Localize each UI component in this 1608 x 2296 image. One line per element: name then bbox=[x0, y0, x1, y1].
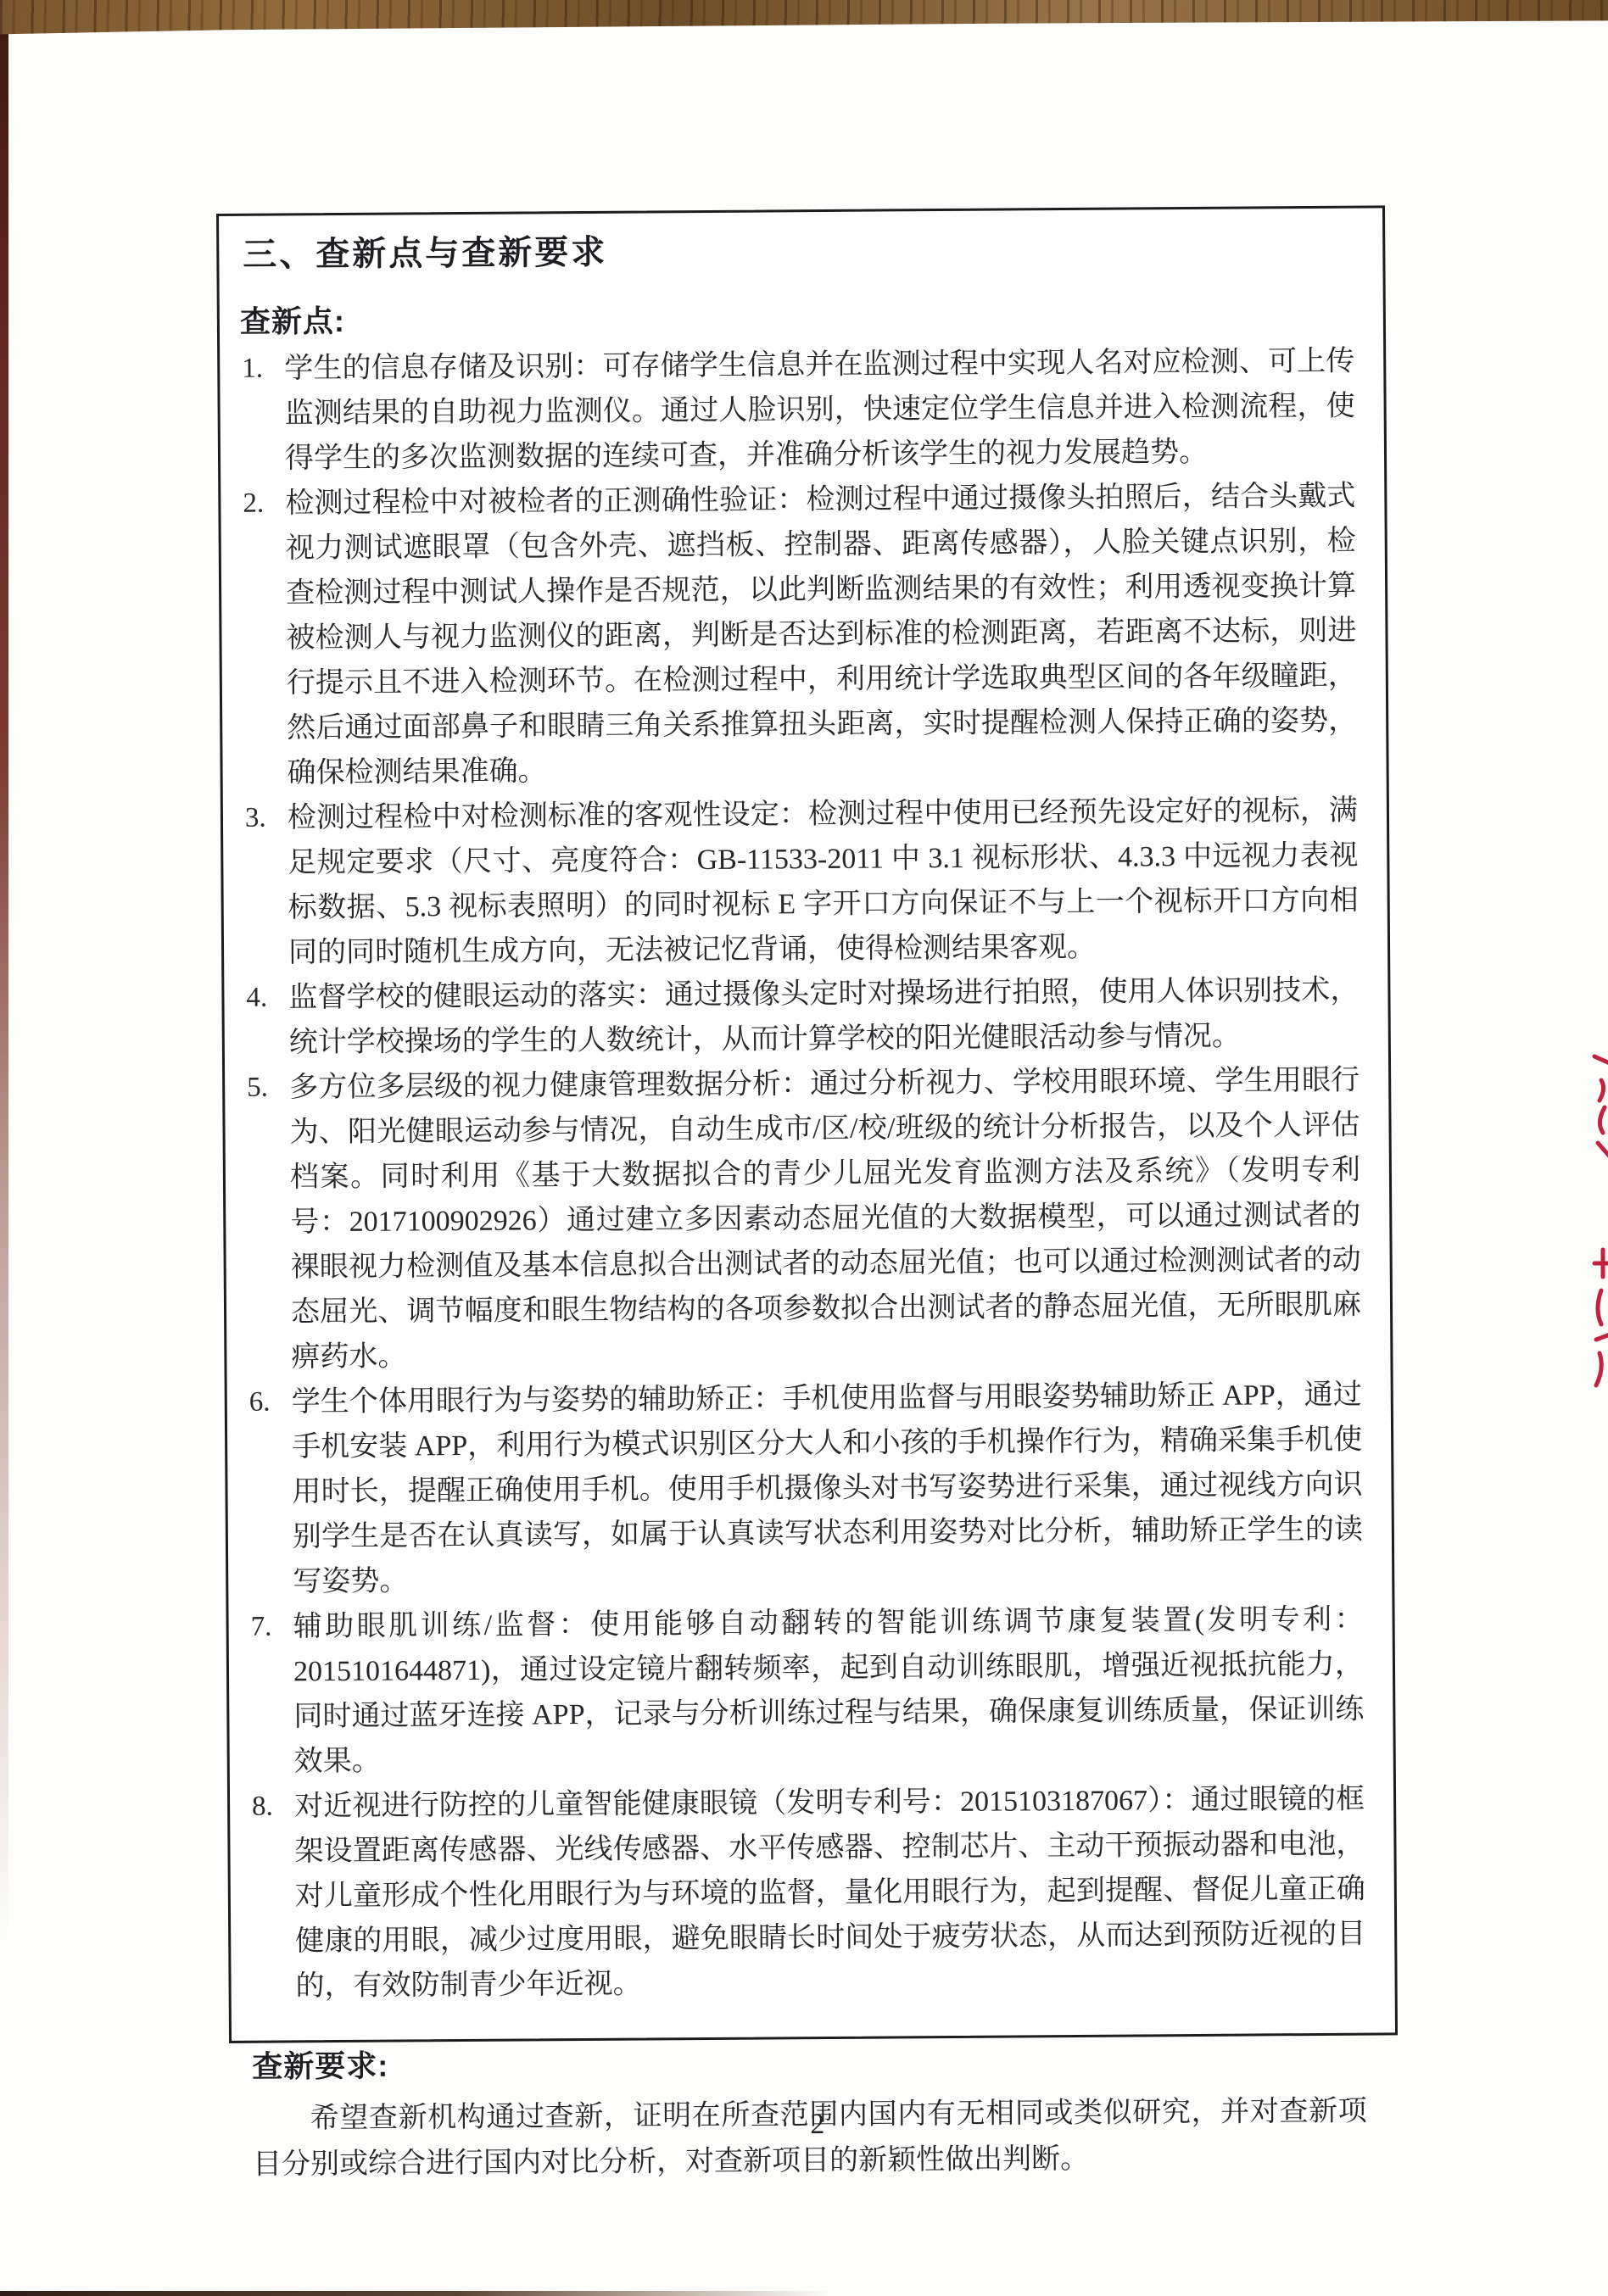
list-item: 7. 辅助眼肌训练/监督：使用能够自动翻转的智能训练调节康复装置(发明专利：20… bbox=[248, 1597, 1364, 1785]
list-item-text: 对近视进行防控的儿童智能健康眼镜（发明专利号：2015103187067）：通过… bbox=[294, 1777, 1366, 2009]
list-item-text: 学生个体用眼行为与姿势的辅助矫正：手机使用监督与用眼姿势辅助矫正 APP，通过手… bbox=[292, 1373, 1364, 1605]
page-number: 2 bbox=[801, 2109, 835, 2141]
list-item-text: 监督学校的健眼运动的落实：通过摄像头定时对操场进行拍照，使用人体识别技术，统计学… bbox=[288, 968, 1360, 1066]
list-item: 6. 学生个体用眼行为与姿势的辅助矫正：手机使用监督与用眼姿势辅助矫正 APP，… bbox=[248, 1373, 1364, 1605]
list-item-number: 1. bbox=[240, 346, 284, 391]
red-margin-mark-upper bbox=[1589, 1051, 1608, 1162]
list-item: 2. 检测过程检中对被检者的正测确性验证：检测过程中通过摄像头拍照后，结合头戴式… bbox=[241, 474, 1358, 796]
content-frame-box: 三、查新点与查新要求 查新点: 1. 学生的信息存储及识别：可存储学生信息并在监… bbox=[216, 205, 1398, 2043]
list-item: 8. 对近视进行防控的儿童智能健康眼镜（发明专利号：2015103187067）… bbox=[250, 1777, 1366, 2009]
list-item-number: 2. bbox=[241, 481, 285, 526]
list-item-number: 5. bbox=[245, 1065, 289, 1110]
requirements-heading: 查新要求: bbox=[252, 2036, 1366, 2087]
list-item-text: 辅助眼肌训练/监督：使用能够自动翻转的智能训练调节康复装置(发明专利：20151… bbox=[293, 1597, 1364, 1785]
photo-left-edge-shadow bbox=[0, 25, 8, 1942]
list-item: 5. 多方位多层级的视力健康管理数据分析：通过分析视力、学校用眼环境、学生用眼行… bbox=[245, 1058, 1362, 1380]
novelty-points-heading: 查新点: bbox=[240, 291, 1354, 342]
list-item-number: 8. bbox=[250, 1784, 294, 1829]
photo-bottom-edge-shadow bbox=[0, 2291, 831, 2296]
section-title: 三、查新点与查新要求 bbox=[243, 220, 1354, 276]
list-item: 3. 检测过程检中对检测标准的客观性设定：检测过程中使用已经预先设定好的视标，满… bbox=[243, 789, 1359, 976]
list-item-number: 7. bbox=[248, 1604, 293, 1649]
list-item: 1. 学生的信息存储及识别：可存储学生信息并在监测过程中实现人名对应检测、可上传… bbox=[240, 339, 1355, 482]
list-item-number: 6. bbox=[248, 1379, 292, 1424]
list-item-number: 3. bbox=[243, 795, 288, 840]
novelty-points-list: 1. 学生的信息存储及识别：可存储学生信息并在监测过程中实现人名对应检测、可上传… bbox=[240, 339, 1366, 2009]
red-margin-mark-lower bbox=[1589, 1246, 1608, 1390]
list-item-text: 检测过程检中对被检者的正测确性验证：检测过程中通过摄像头拍照后，结合头戴式视力测… bbox=[285, 474, 1358, 796]
list-item-text: 多方位多层级的视力健康管理数据分析：通过分析视力、学校用眼环境、学生用眼行为、阳… bbox=[289, 1058, 1362, 1380]
list-item: 4. 监督学校的健眼运动的落实：通过摄像头定时对操场进行拍照，使用人体识别技术，… bbox=[244, 968, 1360, 1066]
list-item-number: 4. bbox=[244, 975, 288, 1020]
list-item-text: 检测过程检中对检测标准的客观性设定：检测过程中使用已经预先设定好的视标，满足规定… bbox=[288, 789, 1359, 976]
list-item-text: 学生的信息存储及识别：可存储学生信息并在监测过程中实现人名对应检测、可上传监测结… bbox=[284, 339, 1355, 482]
document-page: 三、查新点与查新要求 查新点: 1. 学生的信息存储及识别：可存储学生信息并在监… bbox=[0, 0, 1608, 2296]
